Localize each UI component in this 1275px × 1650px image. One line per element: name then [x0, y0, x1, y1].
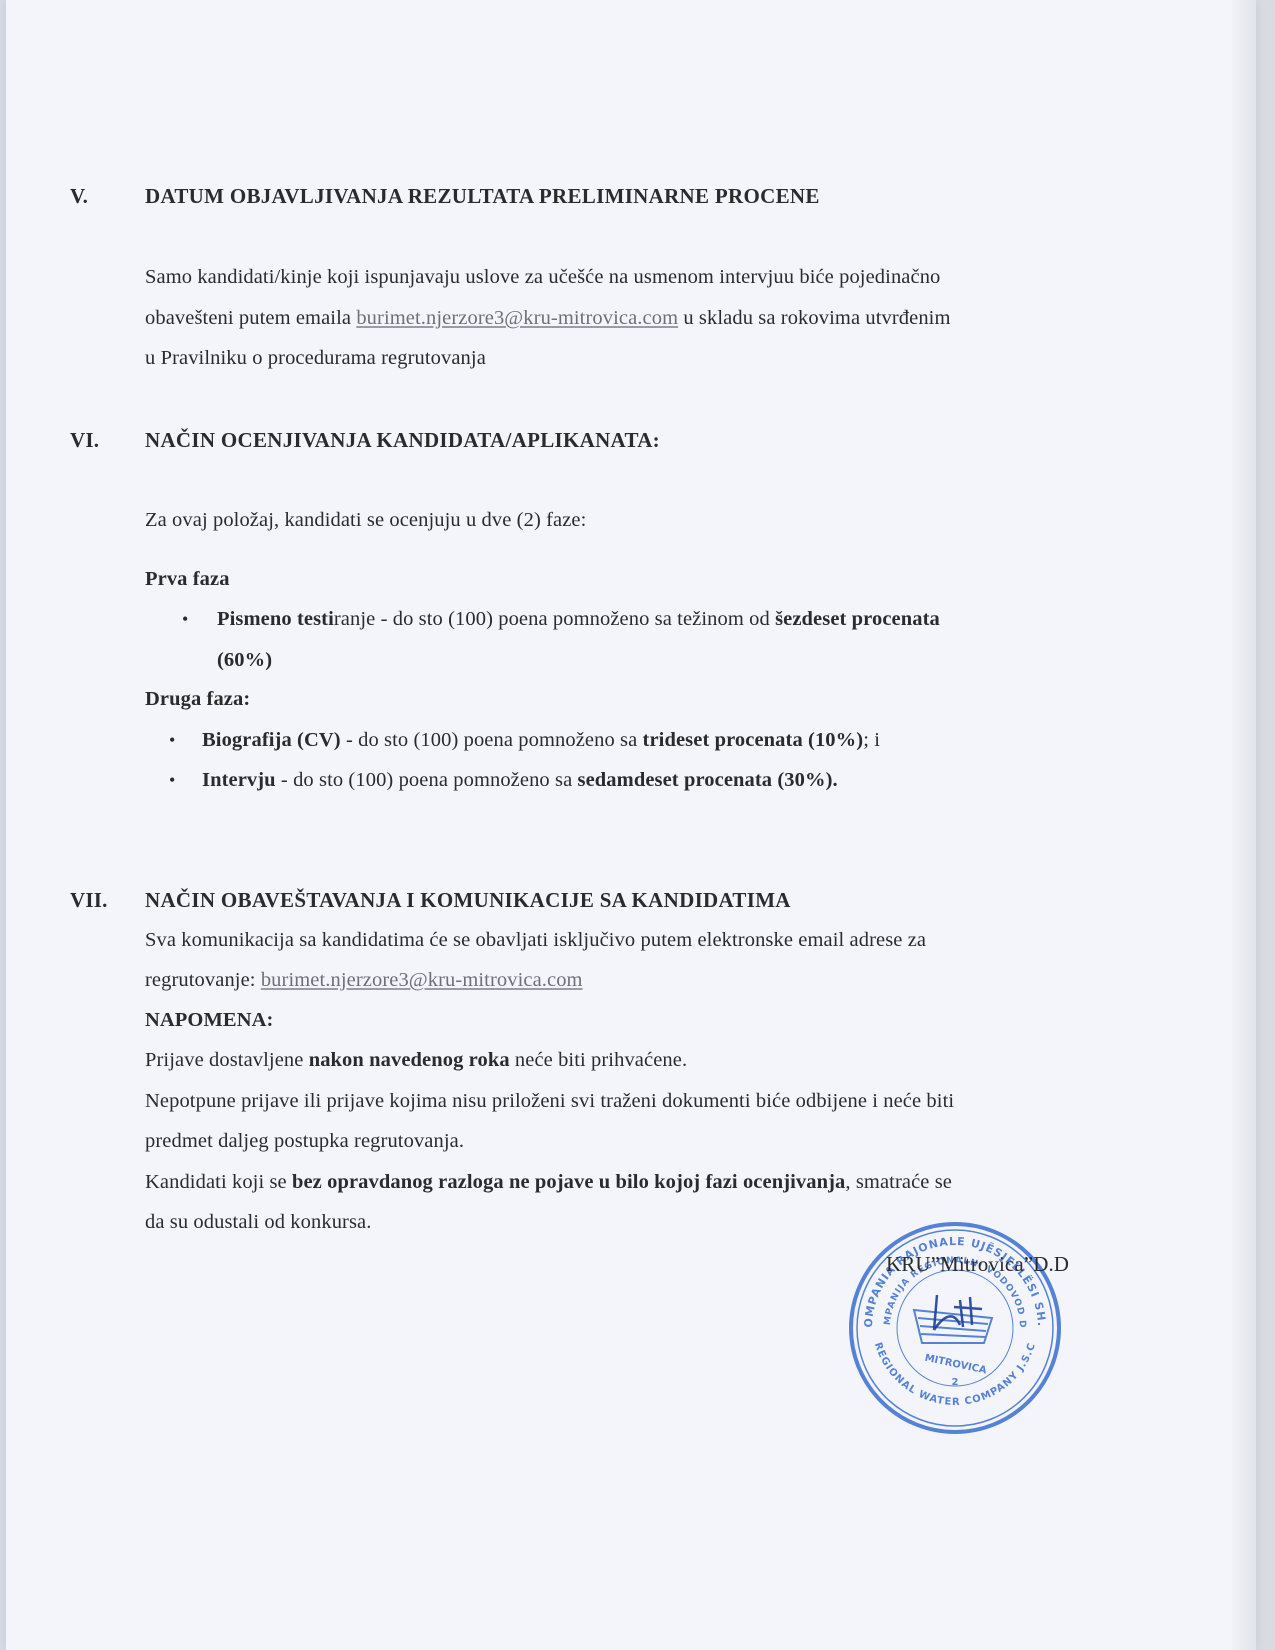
- section-vi-number: VI.: [70, 428, 99, 453]
- company-stamp-icon: KOMPANIA RAJONALE UJËSJELLËSI SH.A KOMPA…: [842, 1215, 1068, 1441]
- svg-text:REGIONAL WATER COMPANY J.S.C: REGIONAL WATER COMPANY J.S.C: [872, 1341, 1038, 1408]
- section-vii-title: NAČIN OBAVEŠTAVANJA I KOMUNIKACIJE SA KA…: [145, 888, 791, 913]
- email-link[interactable]: burimet.njerzore3@kru-mitrovica.com: [261, 969, 583, 991]
- section-v-number: V.: [70, 184, 88, 209]
- phase1-item: Pismeno testiranje - do sto (100) poena …: [217, 608, 940, 631]
- note-1: Prijave dostavljene nakon navedenog roka…: [145, 1049, 687, 1072]
- section-v-paragraph-line2: obavešteni putem emaila burimet.njerzore…: [145, 307, 951, 330]
- svg-text:2: 2: [952, 1377, 959, 1388]
- note-1-tail: neće biti prihvaćene.: [510, 1049, 688, 1071]
- note-3-line1: Kandidati koji se bez opravdanog razloga…: [145, 1171, 952, 1194]
- section-vii-paragraph-line1: Sva komunikacija sa kandidatima će se ob…: [145, 929, 926, 952]
- section-vii-paragraph-line2: regrutovanje: burimet.njerzore3@kru-mitr…: [145, 969, 583, 992]
- signature-text: KRU”Mitrovica”D.D: [886, 1252, 1069, 1277]
- section-vii-number: VII.: [70, 888, 108, 913]
- note-3-tail: , smatraće se: [845, 1171, 952, 1193]
- document-page: V. DATUM OBJAVLJIVANJA REZULTATA PRELIMI…: [6, 0, 1256, 1650]
- section-v-paragraph-line3: u Pravilniku o procedurama regrutovanja: [145, 347, 486, 370]
- email-link[interactable]: burimet.njerzore3@kru-mitrovica.com: [356, 307, 678, 329]
- section-vi-intro: Za ovaj položaj, kandidati se ocenjuju u…: [145, 509, 586, 532]
- phase2-item-interview-text: - do sto (100) poena pomnoženo sa: [276, 769, 578, 791]
- phase2-label: Druga faza:: [145, 688, 250, 711]
- page-edge-shadow: [1232, 0, 1256, 1650]
- phase1-item-bold: Pismeno testi: [217, 608, 334, 630]
- phase2-item-cv-tail: ; i: [863, 729, 880, 751]
- phase2-item-cv-bold: Biografija (CV): [202, 729, 341, 751]
- phase2-item-cv: Biografija (CV) - do sto (100) poena pom…: [202, 729, 880, 752]
- bullet-icon: •: [169, 770, 175, 791]
- section-v-text-before-email: obavešteni putem emaila: [145, 307, 356, 329]
- note-1-text: Prijave dostavljene: [145, 1049, 309, 1071]
- phase2-item-interview: Intervju - do sto (100) poena pomnoženo …: [202, 769, 838, 792]
- phase2-item-interview-bold: Intervju: [202, 769, 276, 791]
- phase2-item-cv-text: - do sto (100) poena pomnoženo sa: [341, 729, 643, 751]
- note-1-bold: nakon navedenog roka: [309, 1049, 510, 1071]
- phase1-label: Prva faza: [145, 568, 230, 591]
- phase2-item-cv-weight: trideset procenata (10%): [643, 729, 864, 751]
- bullet-icon: •: [169, 730, 175, 751]
- note-2-line2: predmet daljeg postupka regrutovanja.: [145, 1130, 464, 1153]
- phase1-item-text: ranje - do sto (100) poena pomnoženo sa …: [334, 608, 775, 630]
- bullet-icon: •: [182, 609, 188, 630]
- section-v-title: DATUM OBJAVLJIVANJA REZULTATA PRELIMINAR…: [145, 184, 820, 209]
- note-3-line2: da su odustali od konkursa.: [145, 1211, 371, 1234]
- note-3-text: Kandidati koji se: [145, 1171, 292, 1193]
- note-2-line1: Nepotpune prijave ili prijave kojima nis…: [145, 1090, 954, 1113]
- section-vi-title: NAČIN OCENJIVANJA KANDIDATA/APLIKANATA:: [145, 428, 660, 453]
- phase1-item-percent: (60%): [217, 649, 272, 672]
- section-v-text-after-email: u skladu sa rokovima utvrđenim: [678, 307, 950, 329]
- note-3-bold: bez opravdanog razloga ne pojave u bilo …: [292, 1171, 845, 1193]
- section-v-paragraph-line1: Samo kandidati/kinje koji ispunjavaju us…: [145, 266, 940, 289]
- phase1-item-weight: šezdeset procenata: [775, 608, 940, 630]
- section-vii-text-before-email: regrutovanje:: [145, 969, 261, 991]
- phase2-item-interview-weight: sedamdeset procenata (30%).: [578, 769, 838, 791]
- note-label: NAPOMENA:: [145, 1009, 273, 1032]
- svg-text:MITROVICA: MITROVICA: [924, 1353, 988, 1377]
